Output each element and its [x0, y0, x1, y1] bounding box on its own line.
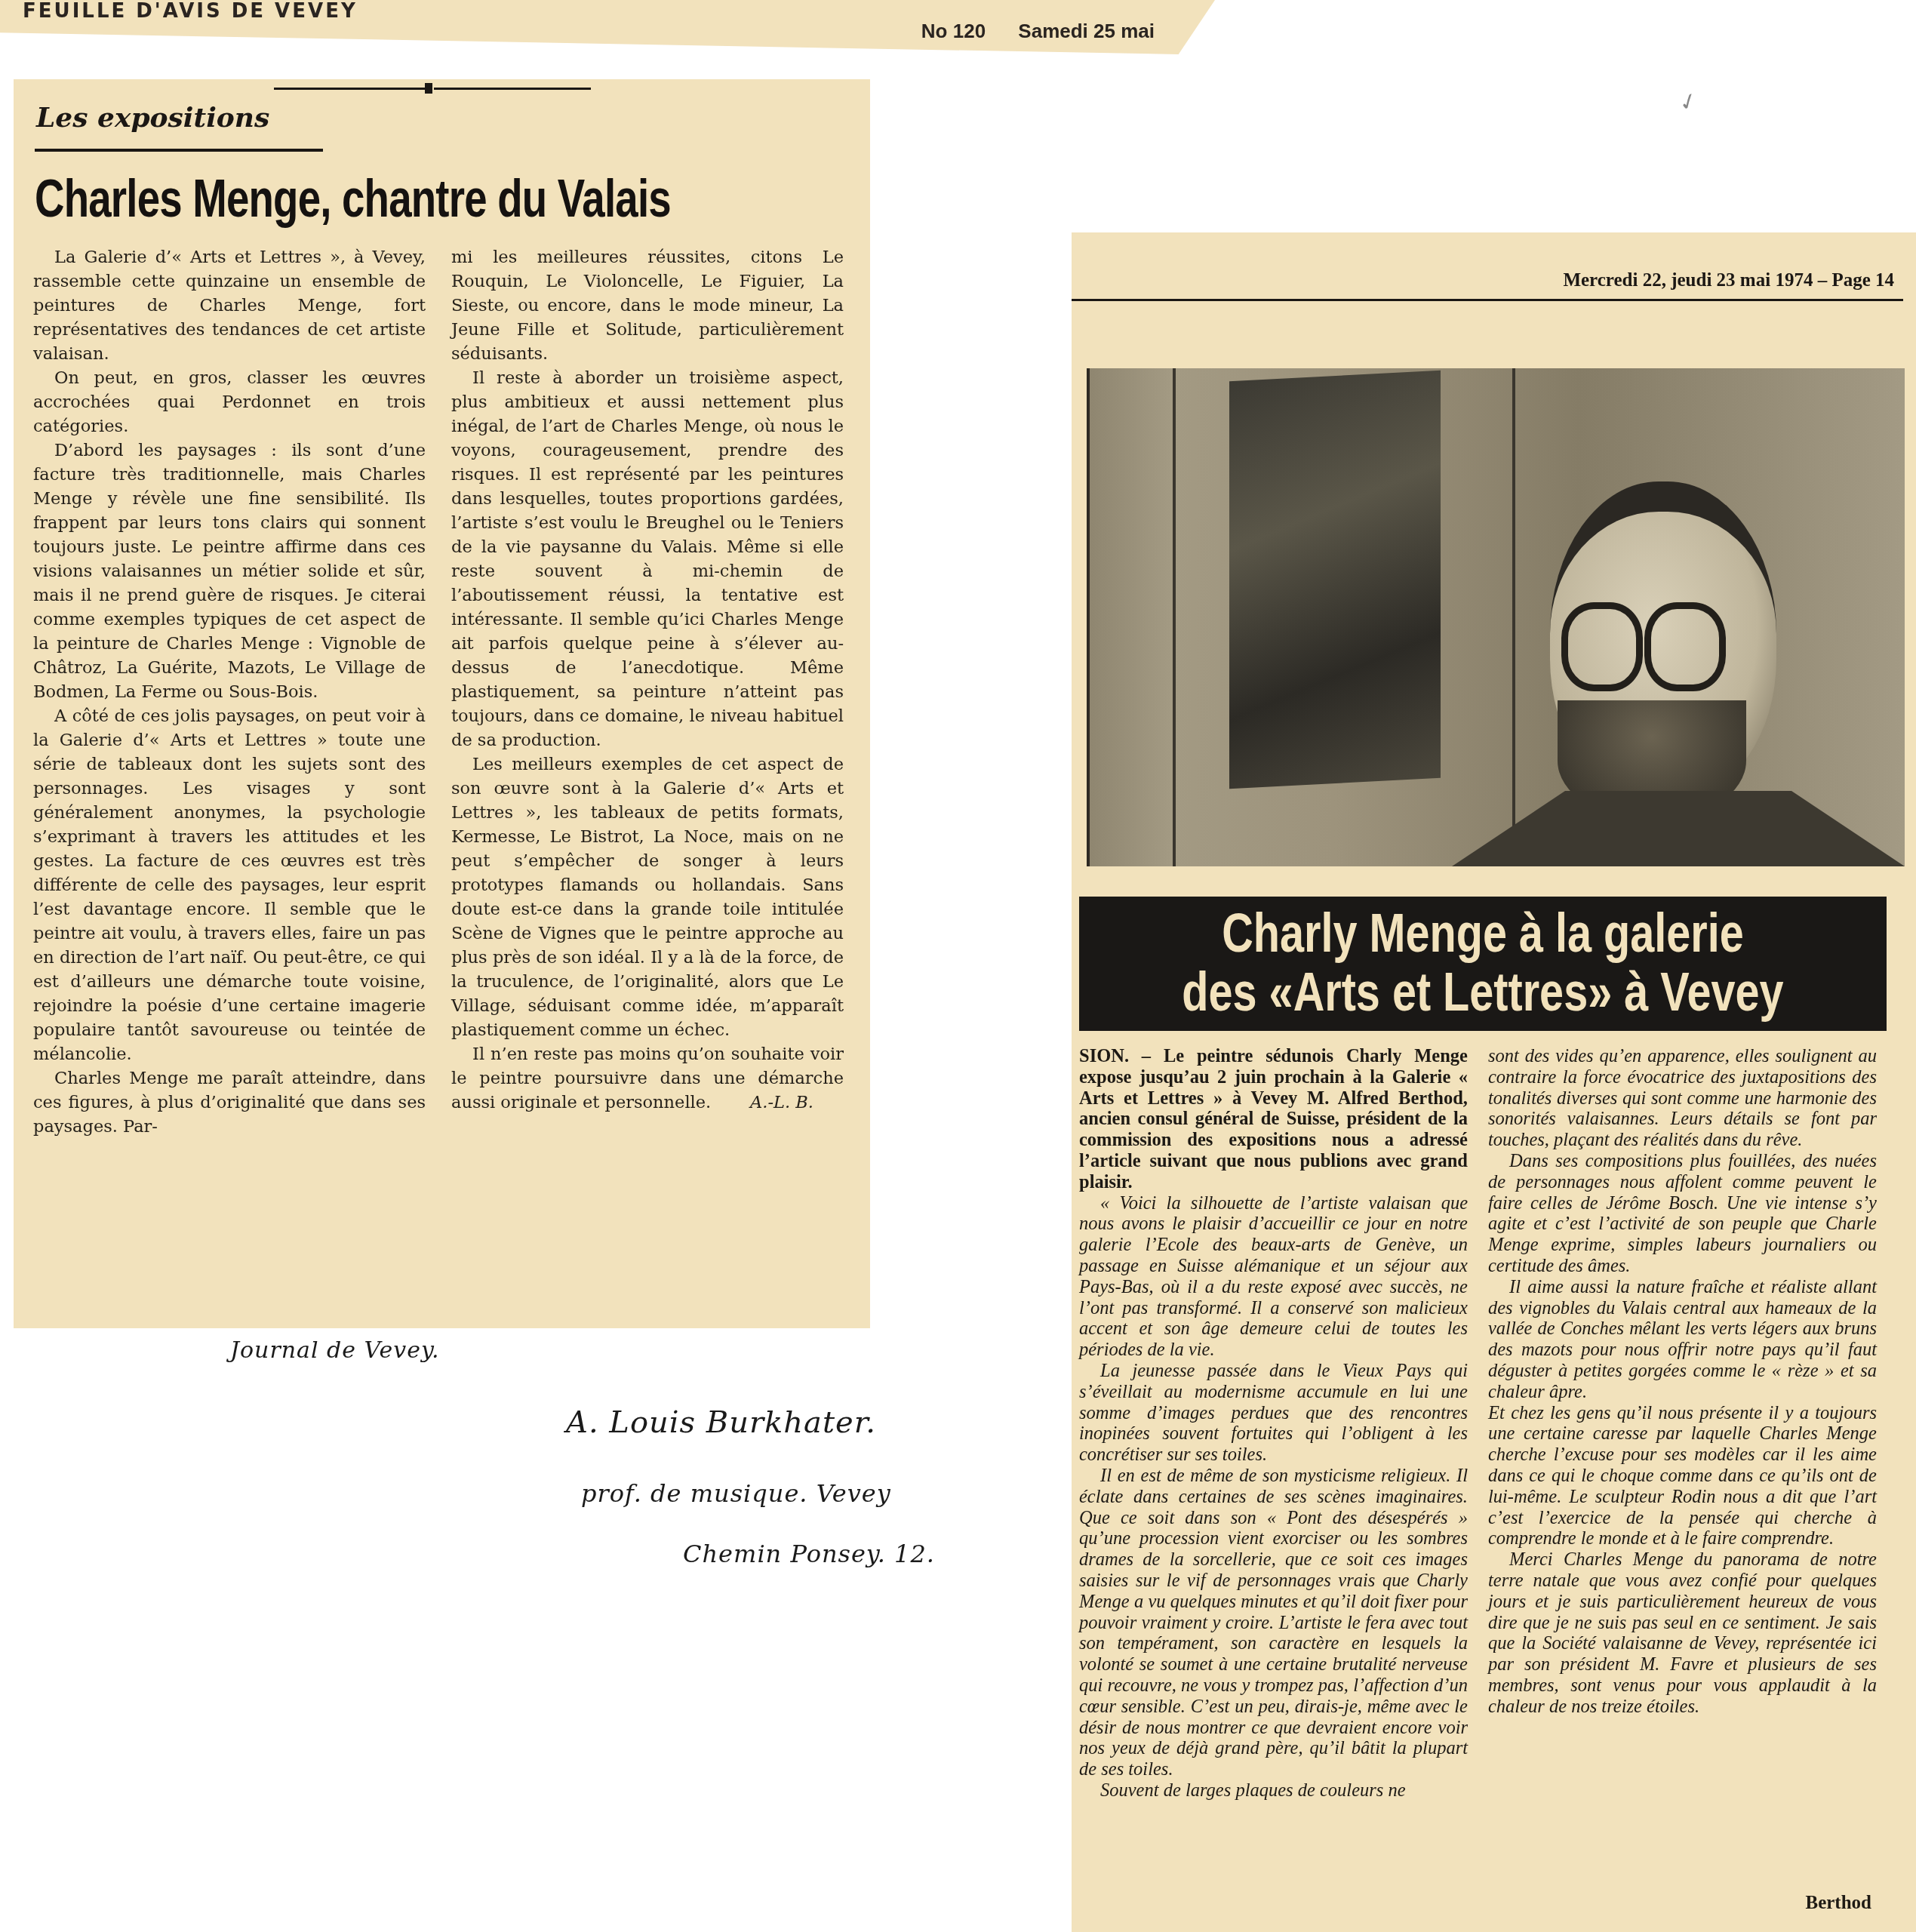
painting-in-photo — [1229, 371, 1441, 789]
paragraph: D’abord les paysages : ils sont d’une fa… — [33, 438, 426, 704]
paragraph: mi les meilleures réussites, citons Le R… — [451, 245, 844, 366]
paragraph: On peut, en gros, classer les œuvres acc… — [33, 366, 426, 438]
ornament-divider — [274, 85, 591, 91]
paragraph: Il reste à aborder un troisième aspect, … — [451, 366, 844, 752]
paragraph: Merci Charles Menge du panorama de notre… — [1488, 1549, 1877, 1717]
paragraph: Il aime aussi la nature fraîche et réali… — [1488, 1277, 1877, 1403]
right-article-clipping: Mercredi 22, jeudi 23 mai 1974 – Page 14… — [1072, 232, 1916, 1932]
lead-paragraph: SION. – Le peintre sédunois Charly Menge… — [1079, 1046, 1468, 1193]
kicker-underline — [35, 149, 323, 152]
glasses-icon — [1644, 602, 1726, 691]
article-body: La Galerie d’« Arts et Lettres », à Veve… — [14, 245, 870, 1302]
headline-banner: Charly Menge à la galerie des «Arts et L… — [1079, 897, 1887, 1031]
paragraph: Il en est de même de son mysticisme reli… — [1079, 1466, 1468, 1780]
paragraph: La jeunesse passée dans le Vieux Pays qu… — [1079, 1361, 1468, 1466]
top-clipping: FEUILLE D'AVIS DE VEVEY No 120 Samedi 25… — [0, 0, 1215, 54]
paragraph: Charles Menge me paraît atteindre, dans … — [33, 1066, 426, 1139]
paragraph: Et chez les gens qu’il nous présente il … — [1488, 1403, 1877, 1550]
handwritten-role: prof. de musique. Vevey — [581, 1479, 891, 1508]
article-column-1: La Galerie d’« Arts et Lettres », à Veve… — [33, 245, 426, 1139]
headline-line-2: des «Arts et Lettres» à Vevey — [1160, 963, 1806, 1022]
byline: Berthod — [1806, 1893, 1872, 1914]
article-column-2: sont des vides qu’en apparence, elles so… — [1488, 1046, 1877, 1718]
handwritten-source-note: Journal de Vevey. — [230, 1337, 439, 1364]
headline-line-1: Charly Menge à la galerie — [1160, 897, 1806, 963]
article-headline: Charles Menge, chantre du Valais — [35, 168, 676, 229]
paragraph: sont des vides qu’en apparence, elles so… — [1488, 1046, 1877, 1151]
dateline-rule — [1072, 299, 1903, 301]
paragraph: Les meilleurs exemples de cet aspect de … — [451, 752, 844, 1042]
left-article-clipping: Les expositions Charles Menge, chantre d… — [14, 79, 870, 1328]
paragraph: Dans ses compositions plus fouillées, de… — [1488, 1151, 1877, 1277]
handwritten-name: A. Louis Burkhater. — [566, 1405, 876, 1440]
section-kicker: Les expositions — [36, 102, 269, 134]
masthead-rule — [0, 45, 1170, 59]
pencil-mark: ✓ — [1675, 87, 1702, 118]
issue-date: Samedi 25 mai — [1018, 20, 1155, 42]
dateline: Mercredi 22, jeudi 23 mai 1974 – Page 14 — [1563, 270, 1894, 291]
glasses-icon — [1561, 602, 1643, 691]
issue-info: No 120 Samedi 25 mai — [894, 20, 1155, 43]
handwritten-address: Chemin Ponsey. 12. — [683, 1540, 935, 1568]
issue-number: No 120 — [921, 20, 986, 42]
masthead: FEUILLE D'AVIS DE VEVEY — [23, 0, 358, 23]
article-column-1: SION. – Le peintre sédunois Charly Menge… — [1079, 1046, 1468, 1801]
paragraph: La Galerie d’« Arts et Lettres », à Veve… — [33, 245, 426, 366]
paragraph: A côté de ces jolis paysages, on peut vo… — [33, 704, 426, 1066]
artist-photo — [1087, 368, 1905, 866]
paragraph: « Voici la silhouette de l’artiste valai… — [1079, 1193, 1468, 1361]
paragraph: Souvent de larges plaques de couleurs ne — [1079, 1780, 1468, 1801]
article-column-2: mi les meilleures réussites, citons Le R… — [451, 245, 844, 1115]
portrait-coat — [1452, 791, 1905, 866]
